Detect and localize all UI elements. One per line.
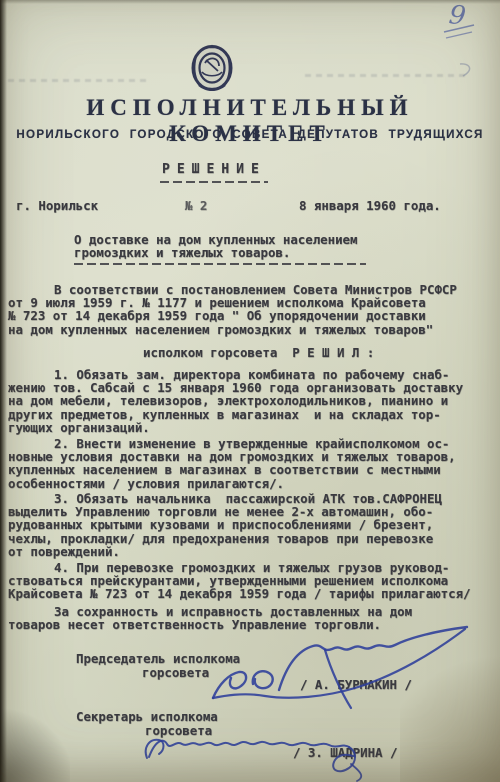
intro-paragraph: В соответствии с постановлением Совета М… [8,283,457,336]
secretary-title-line2: горсовета [145,724,212,737]
subject-line: громоздких и тяжелых товаров. [74,246,357,259]
paragraph-line: гующих организаций. [8,421,463,434]
paragraph-3: 3. Обязать начальника пассажирской АТК т… [8,492,442,558]
bleedthrough-marks-left [8,79,148,82]
subject-underline [74,263,366,265]
resolution-clause: исполком горсовета Р Е Ш И Л : [143,346,374,359]
title-underline [160,181,268,183]
doc-number: № 2 [185,199,207,212]
org-name-line2: НОРИЛЬСКОГО ГОРОДСКОГО СОВЕТА ДЕПУТАТОВ … [0,128,500,141]
paragraph-1: 1. Обязать зам. директора комбината по р… [8,368,463,434]
scan-corner-shadow-bottom-left [0,692,70,782]
intro-line: на дом купленных населением громоздких и… [8,323,457,336]
paragraph-4: 4. При перевозке громоздких и тяжелых гр… [8,561,471,601]
paragraph-line: чехлы, прокладки/ для предохранения това… [8,532,442,545]
paragraph-line: Крайсовета № 723 от 14 декабря 1959 года… [8,587,471,600]
soviet-emblem-icon [186,41,238,95]
subject-block: О доставке на дом купленных населением г… [74,233,357,259]
secretary-name: / З. ШАДРИНА / [293,746,397,759]
paragraph-line: от повреждений. [8,545,442,558]
scan-corner-shadow-bottom-right [400,632,500,782]
handwritten-page-number: 9 [447,0,467,32]
doc-date: 8 января 1960 года. [299,199,441,212]
chairman-name: / А. БУРМАКИН / [300,678,412,691]
intro-line: № 723 от 14 декабря 1959 года " Об упоря… [8,309,457,322]
secretary-title-line1: Секретарь исполкома [76,710,218,723]
scanned-document-page: 9 ИСПОЛНИТЕЛЬНЫЙ КОМИТЕТ НОРИЛЬСКОГО ГОР… [0,0,500,782]
paragraph-line: на дом мебели, телевизоров, электрохолод… [8,394,463,407]
doc-place: г. Норильск [16,199,98,212]
chairman-title-line2: горсовета [142,666,209,679]
scan-edge-shadow-top [0,0,500,4]
liability-paragraph: За сохранность и исправность доставленны… [8,605,412,631]
paragraph-2: 2. Внести изменение в утвержденные крайи… [8,437,456,490]
paragraph-line: особенностями / условия прилагаются/. [8,477,456,490]
bleedthrough-marks-right [305,74,470,77]
decision-title: РЕШЕНИЕ [162,163,266,176]
chairman-title-line1: Председатель исполкома [76,652,240,665]
paragraph-line: рудованных крытыми кузовами и приспособл… [8,518,442,531]
paragraph-line: купленных населением в магазинах в соотв… [8,463,456,476]
paragraph-line: других предметов, купленных в магазинах … [8,408,463,421]
paragraph-line: товаров несет ответственность Управление… [8,618,412,631]
